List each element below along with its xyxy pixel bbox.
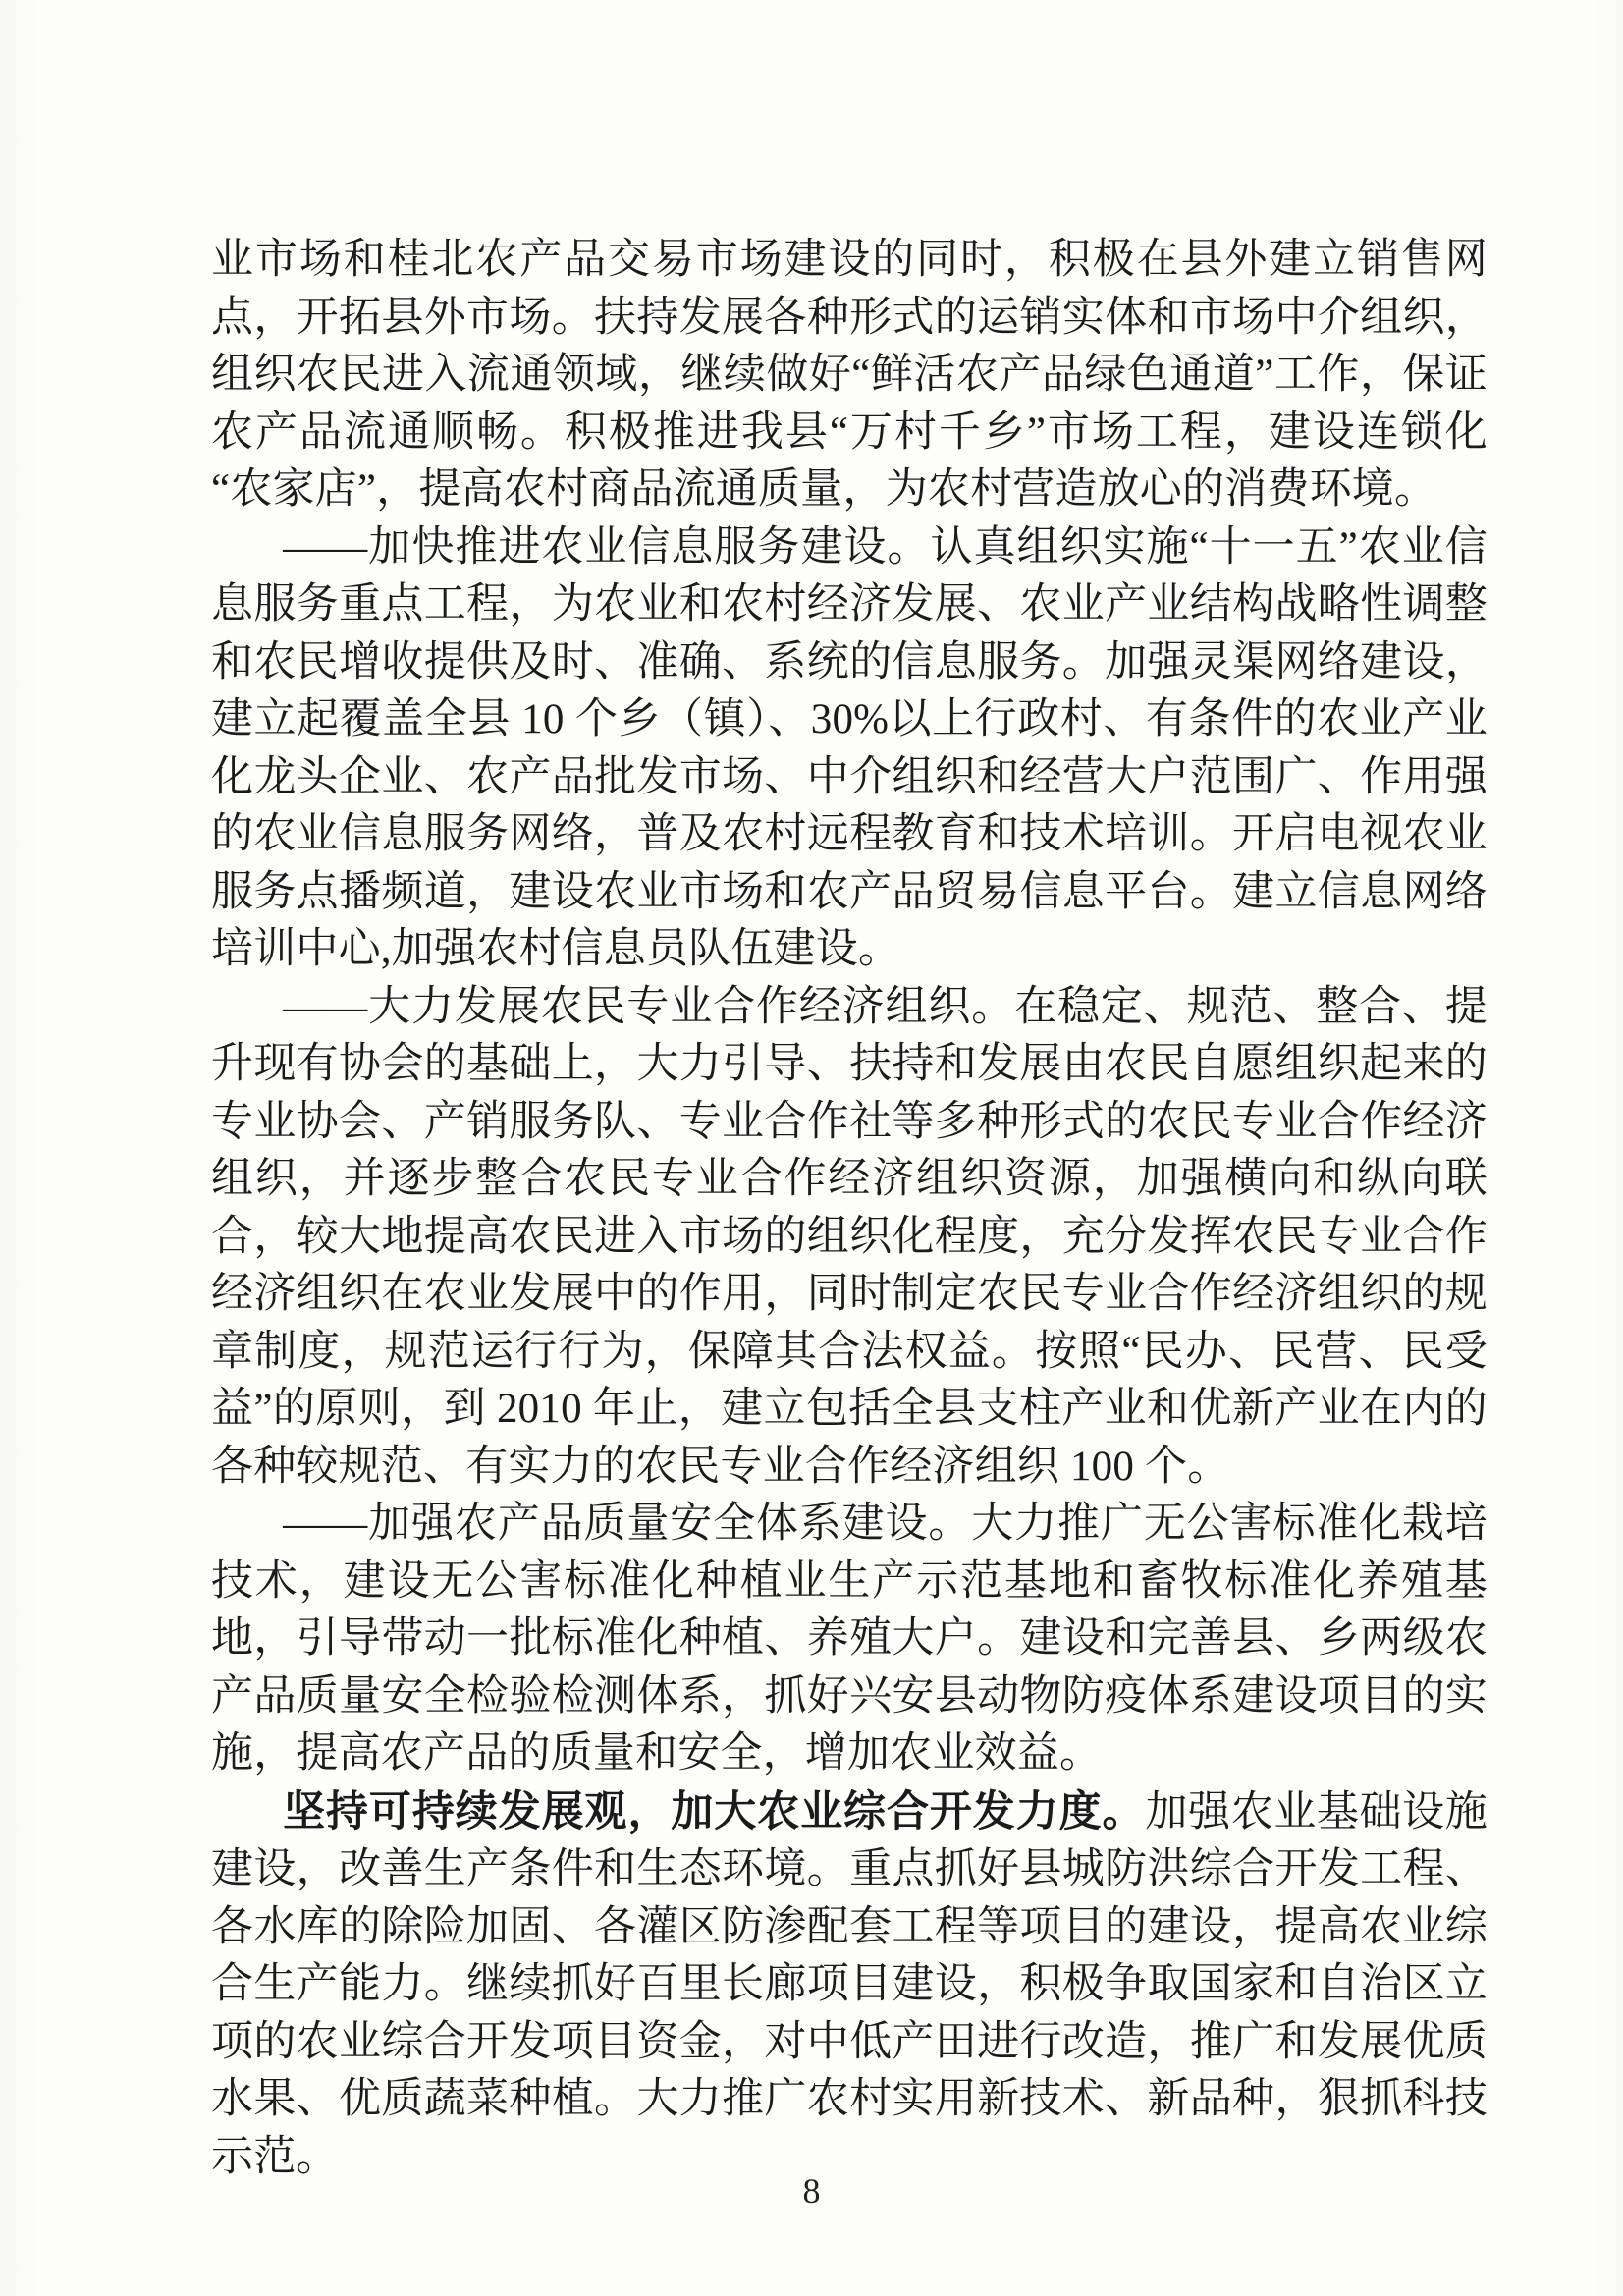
paragraph-text: 业市场和桂北农产品交易市场建设的同时，积极在县外建立销售网点，开拓县外市场。扶持… xyxy=(211,237,1488,513)
paragraph-market-continuation: 业市场和桂北农产品交易市场建设的同时，积极在县外建立销售网点，开拓县外市场。扶持… xyxy=(211,232,1488,519)
document-body: 业市场和桂北农产品交易市场建设的同时，积极在县外建立销售网点，开拓县外市场。扶持… xyxy=(211,232,1488,2186)
page-number: 8 xyxy=(0,2170,1623,2212)
paragraph-text: 加强农业基础设施建设，改善生产条件和生态环境。重点抓好县城防洪综合开发工程、各水… xyxy=(211,1789,1488,2180)
paragraph-bold-lead: 坚持可持续发展观，加大农业综合开发力度。 xyxy=(283,1788,1145,1835)
paragraph-text: ——加强农产品质量安全体系建设。大力推广无公害标准化栽培技术，建设无公害标准化种… xyxy=(211,1501,1488,1777)
paragraph-agri-info-service: ——加快推进农业信息服务建设。认真组织实施“十一五”农业信息服务重点工程，为农业… xyxy=(211,519,1488,979)
paragraph-quality-safety-system: ——加强农产品质量安全体系建设。大力推广无公害标准化栽培技术，建设无公害标准化种… xyxy=(211,1496,1488,1783)
document-page: 业市场和桂北农产品交易市场建设的同时，积极在县外建立销售网点，开拓县外市场。扶持… xyxy=(0,0,1623,2296)
paragraph-farmer-cooperatives: ——大力发展农民专业合作经济组织。在稳定、规范、整合、提升现有协会的基础上，大力… xyxy=(211,979,1488,1497)
paragraph-sustainable-development: 坚持可持续发展观，加大农业综合开发力度。加强农业基础设施建设，改善生产条件和生态… xyxy=(211,1783,1488,2187)
paragraph-text: ——大力发展农民专业合作经济组织。在稳定、规范、整合、提升现有协会的基础上，大力… xyxy=(211,984,1488,1490)
paragraph-text: ——加快推进农业信息服务建设。认真组织实施“十一五”农业信息服务重点工程，为农业… xyxy=(211,524,1488,973)
